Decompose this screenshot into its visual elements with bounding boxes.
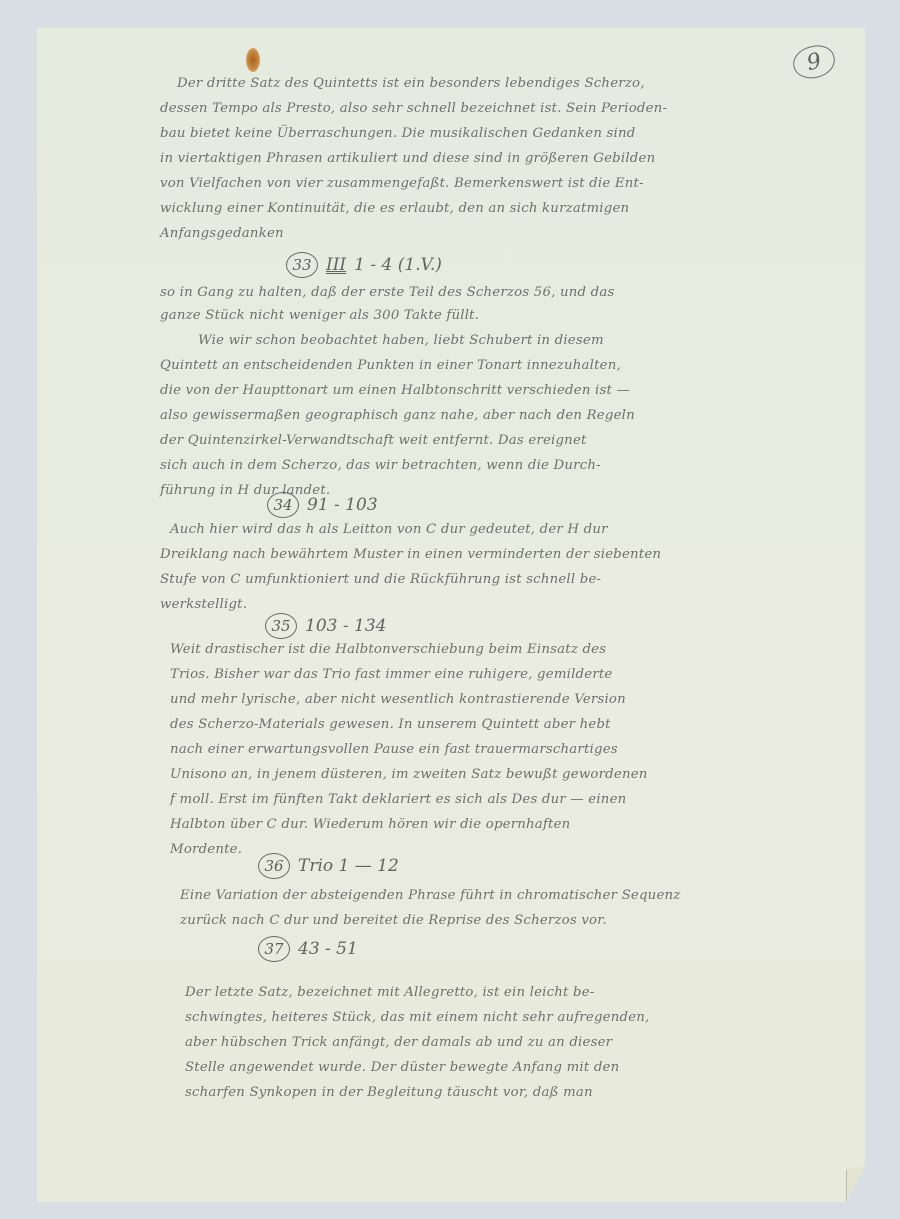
example-number: 36 <box>258 853 290 879</box>
text-line: die von der Haupttonart um einen Halbton… <box>160 383 630 398</box>
example-number: 33 <box>286 252 318 278</box>
text-line: schwingtes, heiteres Stück, das mit eine… <box>185 1010 649 1025</box>
text-line: werkstelligt. <box>160 597 247 612</box>
text-line: Weit drastischer ist die Halbtonverschie… <box>170 642 606 657</box>
example-reference-37: 37 43 - 51 <box>258 936 358 962</box>
text-line: f moll. Erst im fünften Takt deklariert … <box>170 792 626 807</box>
text-line: Stufe von C umfunktioniert und die Rückf… <box>160 572 601 587</box>
text-line: zurück nach C dur und bereitet die Repri… <box>180 913 607 928</box>
example-number: 35 <box>265 613 297 639</box>
text-line: dessen Tempo als Presto, also sehr schne… <box>160 101 667 116</box>
text-line: in viertaktigen Phrasen artikuliert und … <box>160 151 655 166</box>
text-line: aber hübschen Trick anfängt, der damals … <box>185 1035 612 1050</box>
example-reference-34: 34 91 - 103 <box>267 492 378 518</box>
measure-range: 1 - 4 (1.V.) <box>354 255 442 275</box>
text-line: nach einer erwartungsvollen Pause ein fa… <box>170 742 618 757</box>
text-line: Der letzte Satz, bezeichnet mit Allegret… <box>185 985 594 1000</box>
measure-range: 103 - 134 <box>305 616 386 636</box>
text-line: Eine Variation der absteigenden Phrase f… <box>180 888 680 903</box>
example-reference-33: 33 III 1 - 4 (1.V.) <box>286 252 442 278</box>
example-reference-36: 36 Trio 1 — 12 <box>258 853 399 879</box>
measure-range: 43 - 51 <box>298 939 358 959</box>
text-line: Auch hier wird das h als Leitton von C d… <box>170 522 608 537</box>
folded-corner <box>846 1166 866 1202</box>
text-line: Mordente. <box>170 842 242 857</box>
example-number: 34 <box>267 492 299 518</box>
text-line: Stelle angewendet wurde. Der düster bewe… <box>185 1060 619 1075</box>
text-line: Anfangsgedanken <box>160 226 284 241</box>
text-line: so in Gang zu halten, daß der erste Teil… <box>160 285 615 300</box>
text-line: Trios. Bisher war das Trio fast immer ei… <box>170 667 613 682</box>
text-line: Dreiklang nach bewährtem Muster in einen… <box>160 547 661 562</box>
text-line: bau bietet keine Überraschungen. Die mus… <box>160 126 635 141</box>
text-line: wicklung einer Kontinuität, die es erlau… <box>160 201 629 216</box>
movement-numeral: III <box>326 255 346 275</box>
text-line: Halbton über C dur. Wiederum hören wir d… <box>170 817 570 832</box>
measure-range: 91 - 103 <box>307 495 378 515</box>
text-line: von Vielfachen von vier zusammengefaßt. … <box>160 176 644 191</box>
text-line: Unisono an, in jenem düsteren, im zweite… <box>170 767 648 782</box>
text-line: ganze Stück nicht weniger als 300 Takte … <box>160 308 479 323</box>
text-line: also gewissermaßen geographisch ganz nah… <box>160 408 635 423</box>
example-reference-35: 35 103 - 134 <box>265 613 386 639</box>
text-line: scharfen Synkopen in der Begleitung täus… <box>185 1085 593 1100</box>
text-line: Der dritte Satz des Quintetts ist ein be… <box>177 76 645 91</box>
text-line: der Quintenzirkel-Verwandtschaft weit en… <box>160 433 587 448</box>
text-line: des Scherzo-Materials gewesen. In unsere… <box>170 717 611 732</box>
text-line: Quintett an entscheidenden Punkten in ei… <box>160 358 621 373</box>
rust-stain <box>246 48 260 72</box>
measure-range: Trio 1 — 12 <box>298 856 399 876</box>
text-line: und mehr lyrische, aber nicht wesentlich… <box>170 692 626 707</box>
example-number: 37 <box>258 936 290 962</box>
text-line: Wie wir schon beobachtet haben, liebt Sc… <box>198 333 604 348</box>
text-line: sich auch in dem Scherzo, das wir betrac… <box>160 458 601 473</box>
